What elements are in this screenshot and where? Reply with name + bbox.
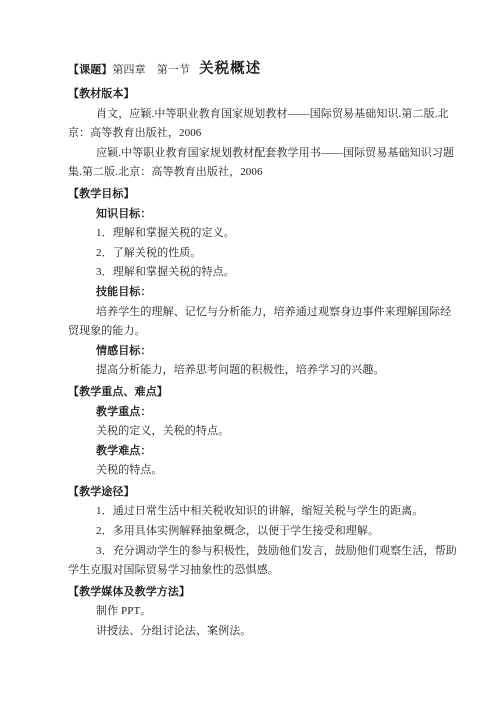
section-heading-key-points: 【教学重点、难点】 <box>68 383 436 403</box>
textbook-ref-line-2: 京：高等教育出版社，2006 <box>68 124 436 144</box>
skill-goal-text-line-1: 培养学生的理解、记忆与分析能力，培养通过观察身边事件来理解国际经 <box>68 303 436 323</box>
subheading-affective-goals: 情感目标： <box>68 342 436 362</box>
course-name: 关税概述 <box>199 61 261 77</box>
title-chapter: 第四章 第一节 <box>112 64 190 76</box>
approach-item-3-continuation: 学生克服对国际贸易学习抽象性的恐惧感。 <box>68 561 436 581</box>
title-label: 【课题】 <box>68 64 112 76</box>
affective-goal-text: 提高分析能力，培养思考问题的积极性，培养学习的兴趣。 <box>68 361 436 381</box>
teaching-difficulty-text: 关税的特点。 <box>68 461 436 481</box>
approach-item-2: 2．多用具体实例解释抽象概念，以便于学生接受和理解。 <box>68 522 436 542</box>
lesson-title: 【课题】第四章 第一节关税概述 <box>68 56 436 83</box>
approach-item-3: 3．充分调动学生的参与积极性，鼓励他们发言，鼓励他们观察生活，帮助 <box>68 542 436 562</box>
section-heading-media-methods: 【教学媒体及教学方法】 <box>68 583 436 603</box>
subheading-teaching-focus: 教学重点： <box>68 403 436 423</box>
knowledge-goal-item-1: 1．理解和掌握关税的定义。 <box>68 224 436 244</box>
knowledge-goal-item-2: 2．了解关税的性质。 <box>68 244 436 264</box>
teaching-focus-text: 关税的定义，关税的特点。 <box>68 422 436 442</box>
section-heading-approach: 【教学途径】 <box>68 483 436 503</box>
subheading-teaching-difficulty: 教学难点： <box>68 442 436 462</box>
methods-text: 讲授法、分组讨论法、案例法。 <box>68 622 436 642</box>
document-page: 【课题】第四章 第一节关税概述 【教材版本】 肖文，应颖.中等职业教育国家规划教… <box>0 0 500 707</box>
media-text: 制作 PPT。 <box>68 602 436 622</box>
subheading-skill-goals: 技能目标： <box>68 283 436 303</box>
textbook-ref-line-1: 肖文，应颖.中等职业教育国家规划教材——国际贸易基础知识.第二版.北 <box>68 105 436 125</box>
skill-goal-text-line-2: 贸现象的能力。 <box>68 322 436 342</box>
approach-item-1: 1．通过日常生活中相关税收知识的讲解，缩短关税与学生的距离。 <box>68 502 436 522</box>
subheading-knowledge-goals: 知识目标： <box>68 205 436 225</box>
knowledge-goal-item-3: 3．理解和掌握关税的特点。 <box>68 263 436 283</box>
textbook-ref-line-4: 集.第二版.北京：高等教育出版社，2006 <box>68 163 436 183</box>
section-heading-textbook: 【教材版本】 <box>68 85 436 105</box>
section-heading-objectives: 【教学目标】 <box>68 185 436 205</box>
textbook-ref-line-3: 应颖.中等职业教育国家规划教材配套教学用书——国际贸易基础知识习题 <box>68 144 436 164</box>
